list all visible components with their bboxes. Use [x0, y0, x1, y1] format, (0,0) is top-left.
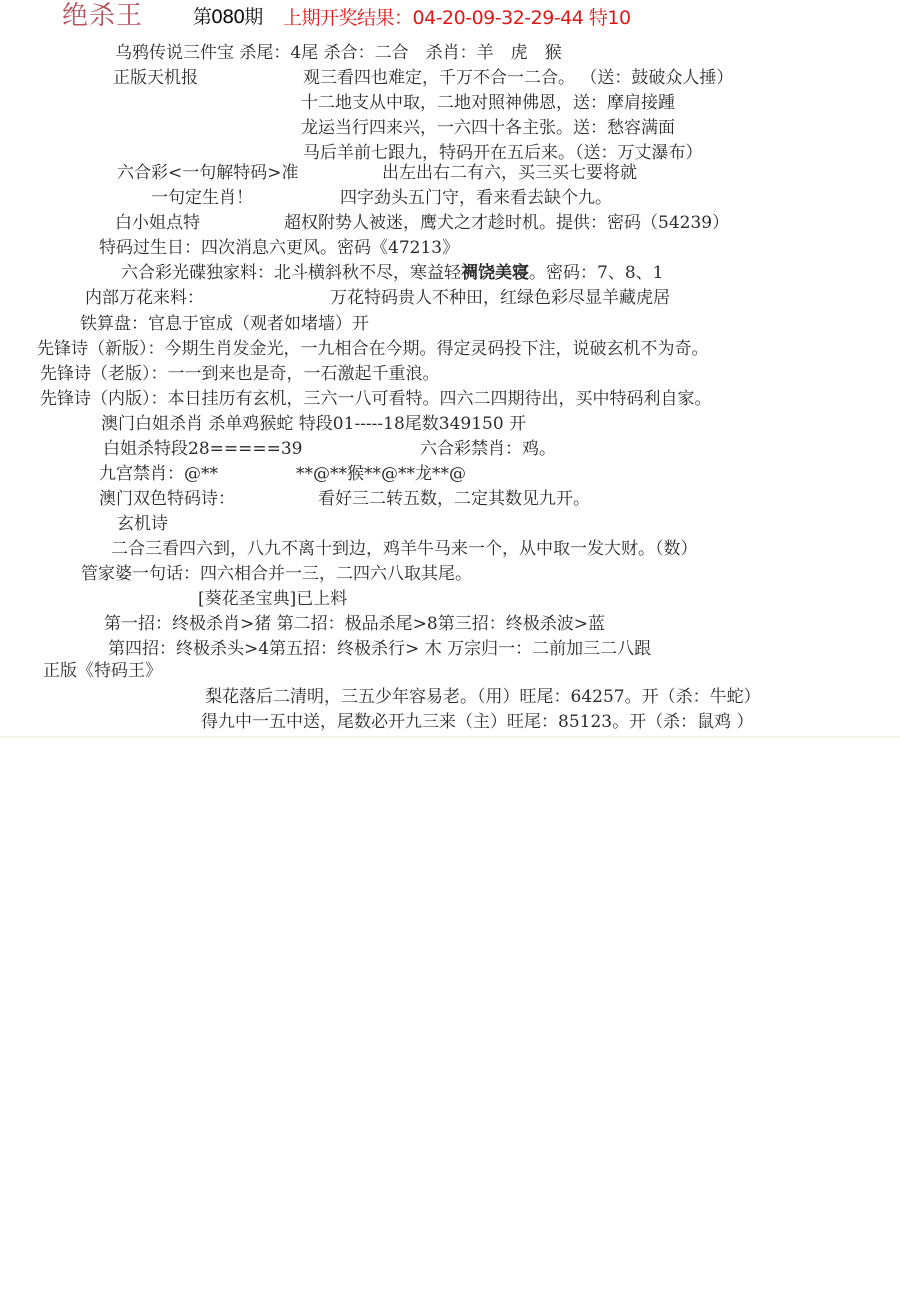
line-guangdie-bold: 裯饶美寝 — [461, 263, 529, 283]
line-baixiaojie-label: 白小姐点特 — [115, 212, 200, 234]
line-baixiaojie-text: 超权附势人被迷，鹰犬之才趁时机。提供：密码（54239） — [284, 212, 729, 234]
line-guangdie: 六合彩光碟独家料：北斗横斜秋不尽，寒益轻裯饶美寝。密码：7、8、1 — [121, 262, 663, 284]
line-xuanji-title: 玄机诗 — [117, 513, 168, 535]
line-guanjiapo: 管家婆一句话：四六相合并一三，二四六八取其尾。 — [81, 563, 472, 585]
last-draw-result: 上期开奖结果：04-20-09-32-29-44 特10 — [283, 5, 631, 31]
line-liuhecai-label: 六合彩<一句解特码>准 — [117, 162, 299, 184]
line-jiugong-text: **@**猴**@**龙**@ — [296, 463, 466, 485]
line-kill-tail: 乌鸦传说三件宝 杀尾：4尾 杀合：二合 杀肖：羊 虎 猴 — [115, 42, 562, 64]
last-result-label: 上期开奖结果： — [283, 7, 413, 29]
line-guangdie-tail: 。密码：7、8、1 — [529, 263, 663, 283]
line-longyun: 龙运当行四来兴，一六四十各主张。送：愁容满面 — [301, 117, 675, 139]
line-aomen-baijie: 澳门白姐杀肖 杀单鸡猴蛇 特段01-----18尾数349150 开 — [101, 413, 526, 435]
line-guangdie-text: 六合彩光碟独家料：北斗横斜秋不尽，寒益轻 — [121, 263, 461, 283]
line-kuihua: [葵花圣宝典]已上料 — [198, 588, 347, 610]
line-dizhi: 十二地支从中取，二地对照神佛恩，送：摩肩接踵 — [301, 92, 675, 114]
line-xianfeng-new: 先锋诗（新版）：今期生肖发金光，一九相合在今期。得定灵码投下注，说破玄机不为奇。 — [37, 338, 709, 360]
last-result-numbers: 04-20-09-32-29-44 — [413, 7, 584, 29]
brand-title: 绝杀王 — [62, 0, 143, 32]
issue-number: 第080期 — [193, 4, 262, 30]
line-tianji-label: 正版天机报 — [113, 67, 198, 89]
line-mahou: 马后羊前七跟九，特码开在五后来。（送：万丈瀑布） — [303, 142, 703, 164]
line-jiugong-label: 九宫禁肖：@** — [99, 463, 218, 485]
line-tianji-text: 观三看四也难定，千万不合一二合。 （送：鼓破众人捶） — [303, 67, 733, 89]
line-temawang-1: 梨花落后二清明，三五少年容易老。（用）旺尾：64257。开（杀：牛蛇） — [205, 686, 761, 708]
line-liuhecai-text: 出左出右二有六，买三买七要将就 — [382, 162, 637, 184]
document-page: 绝杀王 第080期 上期开奖结果：04-20-09-32-29-44 特10 乌… — [0, 0, 900, 740]
special-number: 特10 — [589, 7, 631, 29]
line-baijie-duan: 白姐杀特段28=====39 — [103, 438, 302, 460]
line-shengxiao-text: 四字劲头五门守，看来看去缺个九。 — [340, 187, 612, 209]
line-jinxiao: 六合彩禁肖：鸡。 — [420, 438, 556, 460]
line-shuangse-text: 看好三二转五数，二定其数见九开。 — [318, 488, 590, 510]
line-tiesuanpan: 铁算盘：官息于宦成（观者如堵墙）开 — [80, 313, 369, 335]
line-zhao-4-5: 第四招：终极杀头>4第五招：终极杀行> 木 万宗归一：二前加三二八跟 — [108, 638, 651, 660]
line-birthday: 特码过生日：四次消息六更风。密码《47213》 — [99, 237, 459, 259]
line-xuanji-poem: 二合三看四六到，八九不离十到边，鸡羊牛马来一个，从中取一发大财。（数） — [111, 538, 698, 560]
line-zhao-1-3: 第一招：终极杀肖>猪 第二招：极品杀尾>8第三招：终极杀波>蓝 — [104, 613, 605, 635]
line-wanhua-label: 内部万花来料： — [85, 287, 204, 309]
line-temawang-2: 得九中一五中送，尾数必开九三来（主）旺尾：85123。开（杀：鼠鸡 ） — [201, 711, 753, 733]
line-wanhua-text: 万花特码贵人不种田，红绿色彩尽显羊藏虎居 — [330, 287, 670, 309]
line-shuangse-label: 澳门双色特码诗： — [99, 488, 235, 510]
line-shengxiao-label: 一句定生肖！ — [151, 187, 253, 209]
line-xianfeng-inner: 先锋诗（内版）：本日挂历有玄机，三六一八可看特。四六二四期待出，买中特码利自家。 — [40, 388, 712, 410]
line-temawang-title: 正版《特码王》 — [43, 660, 162, 682]
page-edge-divider — [0, 736, 900, 738]
line-xianfeng-old: 先锋诗（老版）：一一到来也是奇，一石激起千重浪。 — [40, 363, 440, 385]
